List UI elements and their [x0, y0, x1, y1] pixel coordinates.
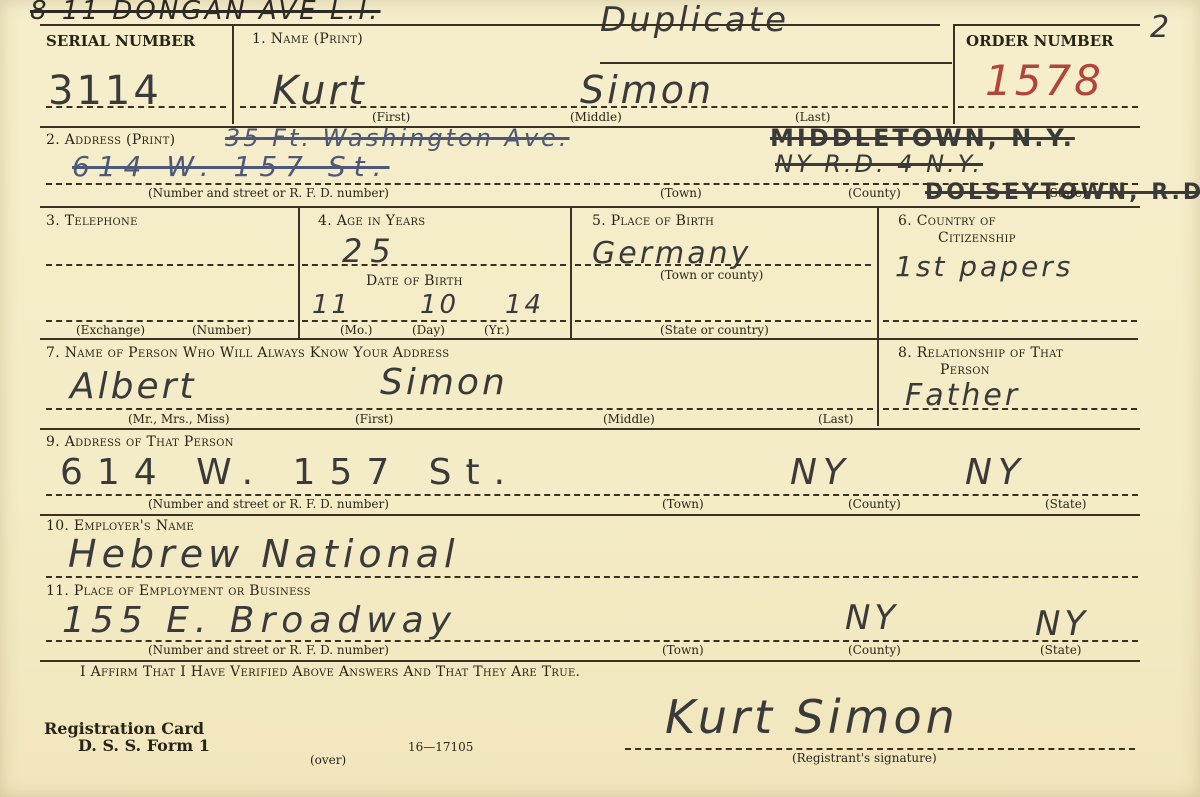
relationship-label-2: Person — [940, 362, 990, 378]
relationship-label-1: 8. Relationship of That — [898, 345, 1063, 361]
telephone-dash-1 — [46, 264, 294, 266]
form-code: 16—17105 — [408, 740, 473, 754]
signature-line — [625, 748, 1135, 750]
duplicate-annotation: Duplicate — [600, 0, 789, 40]
employment-place-label: 11. Place of Employment or Business — [46, 583, 311, 599]
address-dash — [46, 183, 1138, 185]
contact-address-state-sub: (State) — [1045, 497, 1086, 511]
contact-address-street-sub: (Number and street or R. F. D. number) — [148, 497, 389, 511]
rule-row3 — [40, 338, 877, 340]
employment-town-sub: (Town) — [662, 643, 704, 657]
telephone-exchange-sub: (Exchange) — [76, 323, 145, 337]
dob-month-value: 11 — [312, 290, 351, 320]
birthplace-dash-2 — [575, 320, 871, 322]
inner-rule — [600, 62, 952, 64]
contact-last-sub: (Last) — [818, 412, 853, 426]
address-label: 2. Address (Print) — [46, 132, 175, 148]
citizenship-label-2: Citizenship — [938, 230, 1016, 246]
order-number-label: ORDER NUMBER — [966, 32, 1114, 50]
address-street-sub: (Number and street or R. F. D. number) — [148, 186, 389, 200]
contact-first-value: Albert — [70, 366, 197, 407]
divider — [232, 24, 234, 124]
employment-state-sub: (State) — [1040, 643, 1081, 657]
birthplace-dash-1 — [575, 264, 871, 266]
age-dash — [302, 264, 566, 266]
employment-street-sub: (Number and street or R. F. D. number) — [148, 643, 389, 657]
registration-card: 8-11 DONGAN AVE L.I. Duplicate 2 SERIAL … — [0, 0, 1200, 797]
contact-address-dash — [46, 494, 1138, 496]
employment-street-value: 155 E. Broadway — [62, 600, 457, 641]
address-struck-line1: 35 Ft. Washington Ave. — [225, 124, 570, 152]
contact-address-street-value: 614 W. 157 St. — [60, 452, 519, 493]
employer-dash — [46, 576, 1138, 578]
address-struck-line2: 614 W. 157 St. — [72, 150, 390, 183]
contact-middle-sub: (Middle) — [603, 412, 655, 426]
contact-label: 7. Name of Person Who Will Always Know Y… — [46, 345, 449, 361]
form-name: D. S. S. Form 1 — [78, 736, 210, 755]
employment-county-sub: (County) — [848, 643, 901, 657]
divider — [570, 208, 572, 338]
dob-yr-sub: (Yr.) — [484, 323, 510, 337]
divider — [298, 208, 300, 338]
contact-address-state-value: NY — [965, 452, 1026, 493]
serial-dash — [46, 106, 226, 108]
address-town-sub: (Town) — [660, 186, 702, 200]
dob-label: Date of Birth — [366, 273, 463, 289]
citizenship-value: 1st papers — [895, 250, 1073, 283]
birthplace-state-sub: (State or country) — [660, 323, 769, 337]
rule-row4 — [40, 428, 1140, 430]
order-dash — [958, 106, 1138, 108]
contact-address-town-sub: (Town) — [662, 497, 704, 511]
struck-top-address: 8-11 DONGAN AVE L.I. — [30, 0, 381, 26]
relationship-dash — [883, 408, 1137, 410]
rule-row3-right — [879, 338, 1138, 340]
dob-dash — [302, 320, 566, 322]
address-struck-county: NY R.D. 4 N.Y. — [775, 150, 983, 178]
dob-day-sub: (Day) — [412, 323, 445, 337]
name-first-sub: (First) — [372, 110, 410, 124]
affirmation-text: I Affirm That I Have Verified Above Answ… — [80, 664, 580, 680]
contact-first-sub: (First) — [355, 412, 393, 426]
top-rule-right — [955, 24, 1140, 26]
employer-value: Hebrew National — [68, 532, 460, 576]
divider — [877, 208, 879, 426]
employment-state-value: NY — [1035, 604, 1089, 644]
order-number-value: 1578 — [985, 56, 1104, 105]
contact-last-value: Simon — [380, 362, 508, 403]
name-last-sub: (Last) — [795, 110, 830, 124]
contact-address-county-value: NY — [790, 452, 851, 493]
divider — [953, 24, 955, 124]
contact-address-county-sub: (County) — [848, 497, 901, 511]
citizenship-label-1: 6. Country of — [898, 213, 996, 229]
signature-sub: (Registrant's signature) — [792, 751, 937, 765]
address-state-sub: (State) — [1045, 186, 1086, 200]
address-struck-town: MIDDLETOWN, N.Y. — [770, 124, 1075, 152]
contact-title-sub: (Mr., Mrs., Miss) — [128, 412, 230, 426]
contact-address-label: 9. Address of That Person — [46, 434, 234, 450]
address-county-sub: (County) — [848, 186, 901, 200]
serial-number-label: SERIAL NUMBER — [46, 32, 195, 50]
name-label: 1. Name (Print) — [252, 31, 363, 47]
registrant-signature: Kurt Simon — [665, 690, 959, 744]
birthplace-town-sub: (Town or county) — [660, 268, 763, 282]
citizenship-dash — [883, 320, 1137, 322]
telephone-dash-2 — [46, 320, 294, 322]
corner-mark: 2 — [1150, 10, 1172, 45]
rule-row5 — [40, 514, 1140, 516]
telephone-label: 3. Telephone — [46, 213, 138, 229]
top-rule — [40, 24, 940, 26]
dob-year-value: 14 — [505, 290, 544, 320]
employment-dash — [46, 640, 1138, 642]
birthplace-label: 5. Place of Birth — [592, 213, 714, 229]
contact-dash — [46, 408, 873, 410]
dob-day-value: 10 — [420, 290, 459, 320]
age-label: 4. Age in Years — [318, 213, 425, 229]
rule-row6 — [40, 660, 1140, 662]
telephone-number-sub: (Number) — [192, 323, 252, 337]
over-label: (over) — [310, 753, 346, 767]
employment-county-value: NY — [845, 598, 899, 638]
dob-mo-sub: (Mo.) — [340, 323, 372, 337]
rule-row2 — [40, 206, 1140, 208]
name-dash — [240, 106, 948, 108]
name-middle-sub: (Middle) — [570, 110, 622, 124]
